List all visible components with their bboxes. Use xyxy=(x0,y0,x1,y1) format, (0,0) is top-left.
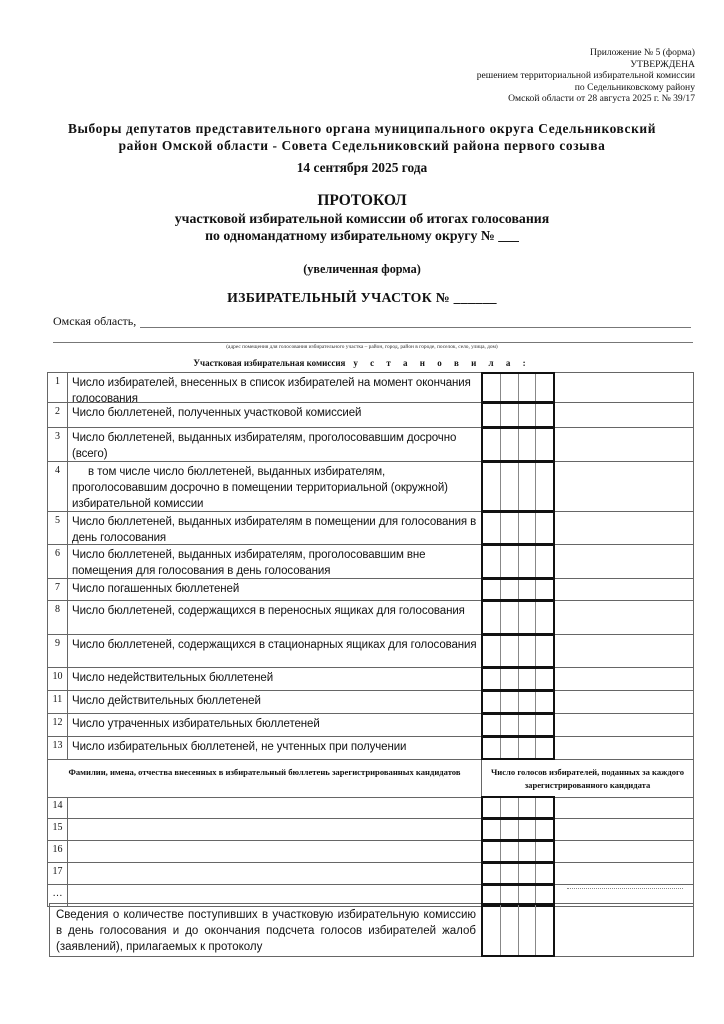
row-label: в том числе число бюллетеней, выданных и… xyxy=(72,464,478,512)
row-number: 10 xyxy=(48,668,68,690)
row-number: 13 xyxy=(48,737,68,759)
row-label: Число погашенных бюллетеней xyxy=(72,581,478,597)
address-caption: (адрес помещения для голосования избират… xyxy=(0,344,724,350)
signature-dotted-line xyxy=(567,888,683,889)
row-value-grid[interactable] xyxy=(481,402,555,428)
table-row: 12Число утраченных избирательных бюллете… xyxy=(47,714,694,737)
row-label: Число бюллетеней, выданных избирателям в… xyxy=(72,514,478,546)
candidates-header-right: Число голосов избирателей, поданных за к… xyxy=(482,766,693,792)
row-label: Число бюллетеней, содержащихся в перенос… xyxy=(72,603,478,619)
row-value-grid[interactable] xyxy=(481,544,555,579)
candidate-votes-grid[interactable] xyxy=(481,862,555,885)
candidate-number: 16 xyxy=(48,841,68,862)
complaints-label: Сведения о количестве поступивших в учас… xyxy=(56,907,476,955)
row-value-grid[interactable] xyxy=(481,511,555,545)
row-number: 1 xyxy=(48,373,68,402)
candidates-header: Фамилии, имена, отчества внесенных в изб… xyxy=(47,760,694,798)
candidate-votes-grid[interactable] xyxy=(481,840,555,863)
form-type: (увеличенная форма) xyxy=(0,262,724,277)
complaints-value-grid[interactable] xyxy=(481,903,555,957)
candidate-row: 17 xyxy=(47,863,694,885)
table-row: 10Число недействительных бюллетеней xyxy=(47,668,694,691)
approval-line: Омской области от 28 августа 2025 г. № 3… xyxy=(477,93,695,105)
address-field-line-1[interactable] xyxy=(140,327,691,328)
candidate-row: 15 xyxy=(47,819,694,841)
row-value-grid[interactable] xyxy=(481,690,555,714)
candidate-row: 16 xyxy=(47,841,694,863)
candidate-votes-grid[interactable] xyxy=(481,818,555,841)
election-title: Выборы депутатов представительного орган… xyxy=(0,120,724,154)
table-row: 8Число бюллетеней, содержащихся в перено… xyxy=(47,601,694,635)
candidate-number: 14 xyxy=(48,797,68,818)
approval-line: по Седельниковскому району xyxy=(477,82,695,94)
row-label: Число бюллетеней, выданных избирателям, … xyxy=(72,430,478,462)
established-heading: Участковая избирательная комиссияу с т а… xyxy=(0,358,724,368)
row-value-grid[interactable] xyxy=(481,461,555,512)
table-row: 7Число погашенных бюллетеней xyxy=(47,579,694,601)
table-row: 5Число бюллетеней, выданных избирателям … xyxy=(47,512,694,545)
election-date: 14 сентября 2025 года xyxy=(0,160,724,176)
row-value-grid[interactable] xyxy=(481,667,555,691)
row-number: 4 xyxy=(48,462,68,511)
complaints-row: Сведения о количестве поступивших в учас… xyxy=(49,903,694,957)
table-row: 6Число бюллетеней, выданных избирателям,… xyxy=(47,545,694,579)
protocol-title: ПРОТОКОЛ xyxy=(0,192,724,210)
table-row: 3Число бюллетеней, выданных избирателям,… xyxy=(47,428,694,462)
row-number: 3 xyxy=(48,428,68,461)
row-number: 5 xyxy=(48,512,68,544)
approval-stamp: Приложение № 5 (форма) УТВЕРЖДЕНА решени… xyxy=(477,47,695,105)
protocol-subtitle: участковой избирательной комиссии об ито… xyxy=(0,210,724,244)
row-label: Число недействительных бюллетеней xyxy=(72,670,478,686)
row-number: 2 xyxy=(48,403,68,427)
candidates-header-left: Фамилии, имена, отчества внесенных в изб… xyxy=(48,766,481,779)
precinct-number: ИЗБИРАТЕЛЬНЫЙ УЧАСТОК № ______ xyxy=(0,290,724,306)
row-number: 6 xyxy=(48,545,68,578)
row-number: 9 xyxy=(48,635,68,667)
table-row: 9Число бюллетеней, содержащихся в стацио… xyxy=(47,635,694,668)
row-value-grid[interactable] xyxy=(481,634,555,668)
row-label: Число утраченных избирательных бюллетене… xyxy=(72,716,478,732)
row-label: Число избирательных бюллетеней, не учтен… xyxy=(72,739,478,755)
table-row: 11Число действительных бюллетеней xyxy=(47,691,694,714)
table-row: 13Число избирательных бюллетеней, не учт… xyxy=(47,737,694,760)
address-field-line-2[interactable] xyxy=(53,342,693,343)
candidate-votes-grid[interactable] xyxy=(481,796,555,819)
row-number: 8 xyxy=(48,601,68,634)
candidate-number: 15 xyxy=(48,819,68,840)
row-number: 7 xyxy=(48,579,68,600)
row-label: Число бюллетеней, выданных избирателям, … xyxy=(72,547,478,579)
row-value-grid[interactable] xyxy=(481,713,555,737)
table-row: 4в том числе число бюллетеней, выданных … xyxy=(47,462,694,512)
approval-line: Приложение № 5 (форма) xyxy=(477,47,695,59)
approval-line: решением территориальной избирательной к… xyxy=(477,70,695,82)
candidate-number: 17 xyxy=(48,863,68,884)
approval-line: УТВЕРЖДЕНА xyxy=(477,59,695,71)
table-row: 2Число бюллетеней, полученных участковой… xyxy=(47,403,694,428)
row-number: 11 xyxy=(48,691,68,713)
row-value-grid[interactable] xyxy=(481,736,555,760)
row-value-grid[interactable] xyxy=(481,600,555,635)
row-value-grid[interactable] xyxy=(481,578,555,601)
row-label: Число бюллетеней, полученных участковой … xyxy=(72,405,478,421)
row-label: Число действительных бюллетеней xyxy=(72,693,478,709)
row-number: 12 xyxy=(48,714,68,736)
table-row: 1Число избирателей, внесенных в список и… xyxy=(47,372,694,403)
candidate-row: 14 xyxy=(47,797,694,819)
row-value-grid[interactable] xyxy=(481,372,555,403)
row-value-grid[interactable] xyxy=(481,427,555,462)
region-label: Омская область, xyxy=(53,314,136,329)
row-label: Число бюллетеней, содержащихся в стацион… xyxy=(72,637,478,653)
